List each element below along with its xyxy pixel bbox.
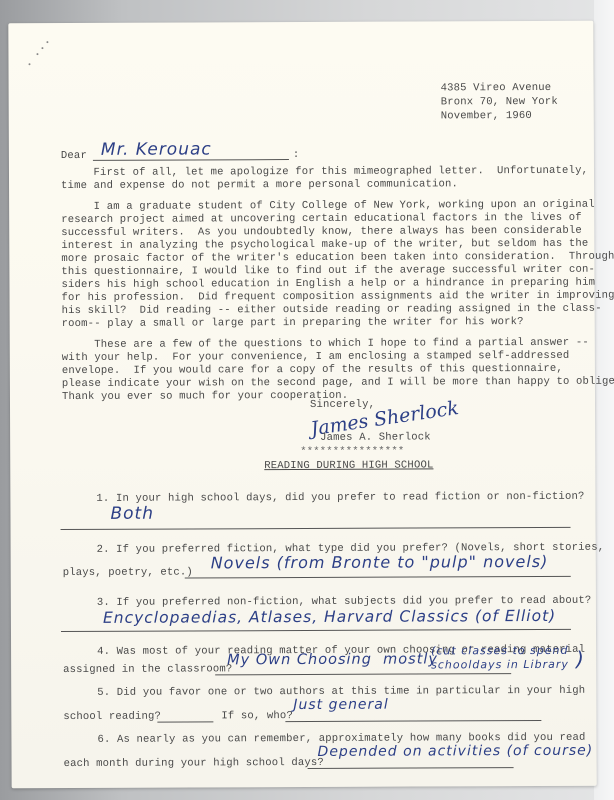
question-text: If so, who? [221,710,293,722]
paragraph-line: siders his high school education in Engl… [61,277,595,291]
addressee-blank-line [93,159,289,161]
section-title: READING DURING HIGH SCHOOL [264,459,433,472]
question-6: 6. As nearly as you can remember, approx… [8,21,593,24]
answer-blank-line [157,721,213,722]
paragraph-line: research project aimed at uncovering cer… [61,212,582,226]
paragraph-research: I am a graduate student of City College … [8,21,593,24]
question-text: school reading? [63,711,161,723]
paragraph-line: envelope. If you would care for a copy o… [62,363,563,377]
paragraph-line: his skill? Did reading -- either outside… [62,303,602,317]
question-2: 2. If you preferred fiction, what type d… [8,21,593,24]
address-date: November, 1960 [441,110,532,122]
answer-handwritten: Novels (from Bronte to "pulp" novels) [211,552,549,572]
question-5: 5. Did you favor one or two authors at t… [8,21,593,24]
question-4: 4. Was most of your reading matter of yo… [8,21,593,24]
question-text: plays, poetry, etc.) [63,566,193,579]
answer-handwritten: Both [110,504,154,524]
answer-line [61,527,571,530]
paragraph-line: please indicate your wish on the second … [62,376,614,390]
question-3: 3. If you preferred non-fiction, what su… [8,21,593,24]
paragraph-line: Thank you ever so much for your cooperat… [62,390,348,403]
answer-handwritten: Encyclopaedias, Atlases, Harvard Classic… [103,607,556,627]
paragraph-line: First of all, let me apologize for this … [61,165,588,179]
answer-handwritten: My Own Choosing mostly [227,651,438,668]
paragraph-request: These are a few of the questions to whic… [8,21,593,24]
paragraph-line: interest in analyzing the psychological … [61,238,588,252]
question-text: each month during your high school days? [64,757,324,770]
paragraph-line: this questionnaire, I would like to find… [61,264,595,278]
paragraph-line: room-- play a small or large part in pre… [62,316,524,330]
paragraph-line: for his profession. Did frequent composi… [62,290,614,304]
answer-note-line-2: schooldays in Library [431,658,569,672]
address-line-2: Bronx 70, New York [441,96,558,109]
valediction: Sincerely, [310,399,375,411]
paragraph-line: more prosaic factor of the writer's educ… [61,251,614,265]
answer-line [308,767,514,769]
scan-edge [594,0,614,800]
answer-line [61,629,571,632]
typed-name: James A. Sherlock [320,431,431,443]
letter-page: 4385 Vireo Avenue Bronx 70, New York Nov… [8,21,596,789]
answer-line [285,720,541,722]
paragraph-line: I am a graduate student of City College … [61,199,595,213]
asterisk-divider: **************** [300,446,404,458]
paragraph-line: time and expense do not permit a more pe… [61,178,458,192]
paragraph-line: with your help. For your convenience, I … [62,350,570,364]
answer-line [185,576,571,579]
answer-handwritten: Just general [293,697,389,713]
salutation-colon: : [293,149,300,161]
answer-note-close-paren: ) [576,647,585,671]
paragraph-line: These are a few of the questions to whic… [62,337,589,351]
punch-marks [8,21,593,24]
addressee-handwritten: Mr. Kerouac [101,139,212,159]
paragraph-line: successful writers. As you undoubtedly k… [61,225,582,239]
answer-handwritten: Depended on activities (of course) [317,743,593,760]
question-1: 1. In your high school days, did you pre… [8,21,593,24]
address-line-1: 4385 Vireo Avenue [441,82,552,94]
salutation-label: Dear [61,150,87,162]
question-text: 1. In your high school days, did you pre… [96,491,584,505]
paragraph-apology: First of all, let me apologize for this … [8,21,593,24]
answer-note-line-1: (cut classes to spend [431,644,568,658]
question-text: assigned in the classroom? [63,663,232,676]
answer-line [215,673,511,675]
